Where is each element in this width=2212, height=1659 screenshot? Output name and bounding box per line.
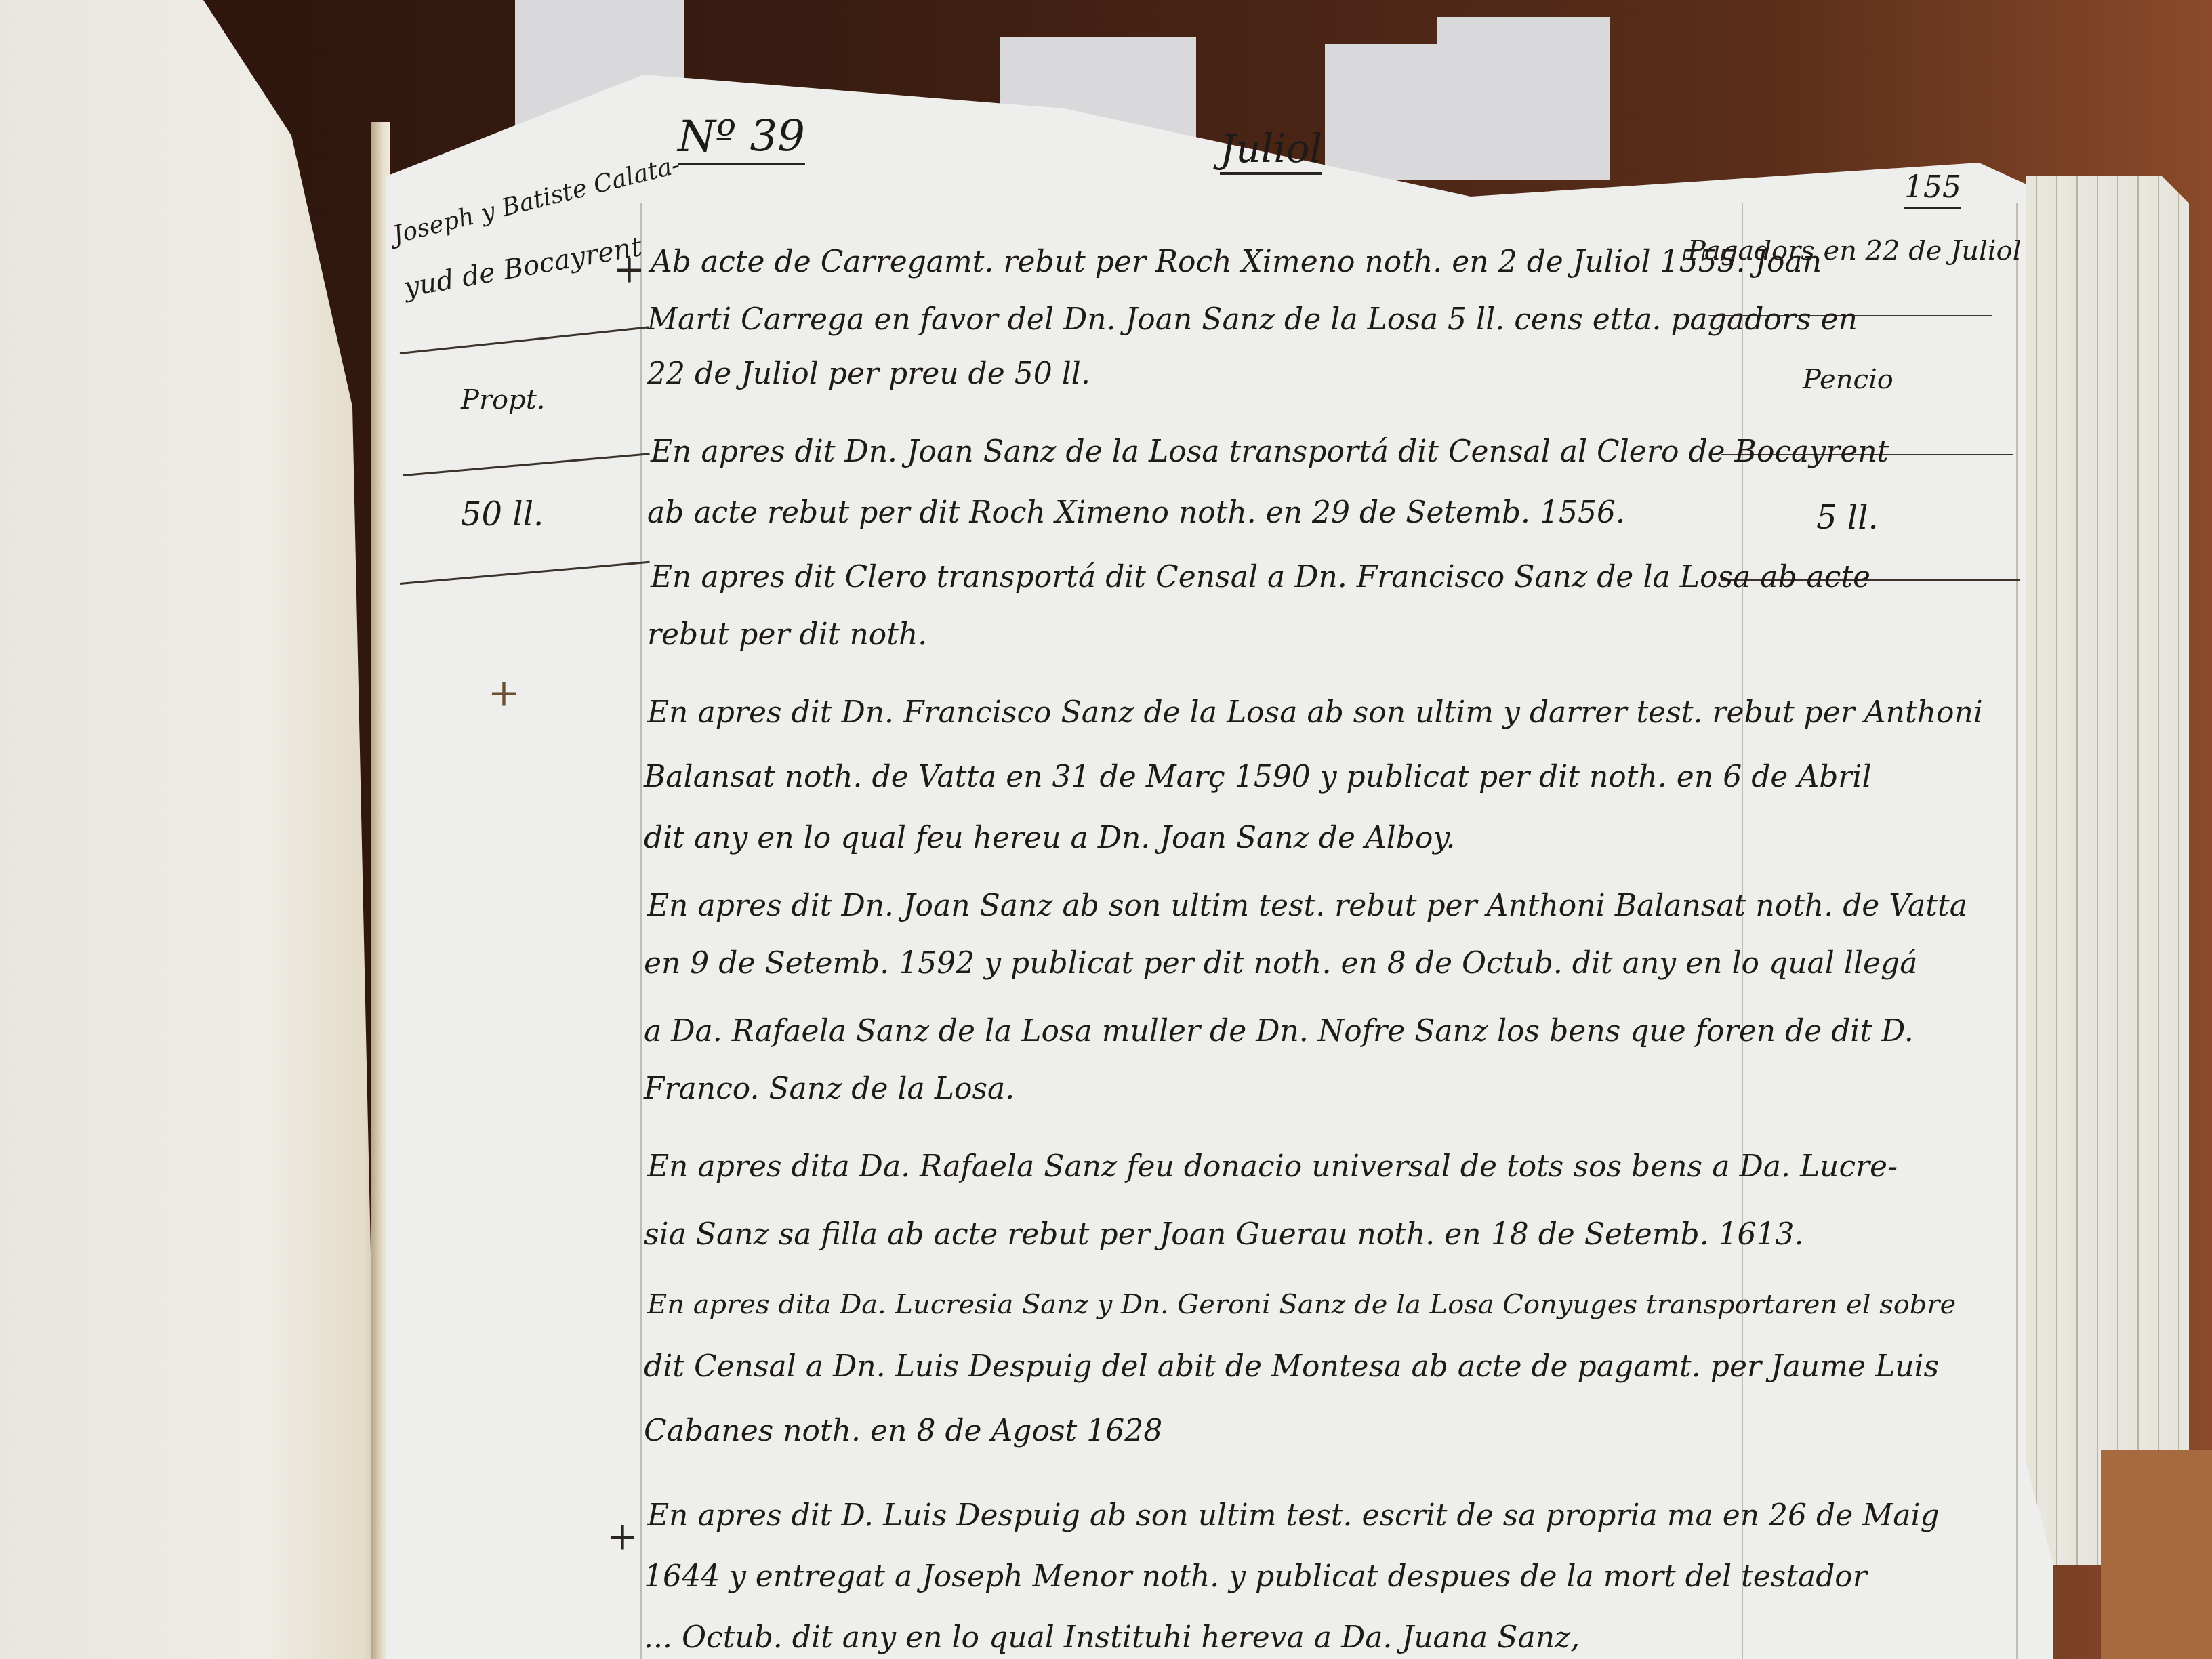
entry-1-line-1: Ab acte de Carregamt. rebut per Roch Xim…: [651, 247, 1822, 277]
entry-5-line-4: Franco. Sanz de la Losa.: [644, 1074, 1015, 1104]
entry-5-line-1: En apres dit Dn. Joan Sanz ab son ultim …: [647, 891, 1967, 921]
entry-3-line-1: En apres dit Clero transportá dit Censal…: [651, 562, 1870, 592]
property-label: Propt.: [461, 386, 546, 413]
table-surface: [2101, 1450, 2212, 1659]
pension-amount: 5 ll.: [1816, 501, 1879, 534]
entry-cross-icon: +: [607, 1515, 638, 1559]
entry-1-line-2: Marti Carrega en favor del Dn. Joan Sanz…: [647, 305, 1858, 335]
entry-5-line-3: a Da. Rafaela Sanz de la Losa muller de …: [644, 1017, 1914, 1046]
entry-4-line-1: En apres dit Dn. Francisco Sanz de la Lo…: [647, 698, 1983, 728]
bookmark-strip: [1325, 44, 1440, 180]
entry-2-line-2: ab acte rebut per dit Roch Ximeno noth. …: [647, 498, 1625, 528]
entry-2-line-1: En apres dit Dn. Joan Sanz de la Losa tr…: [651, 437, 1889, 467]
entry-8-line-2: 1644 y entregat a Joseph Menor noth. y p…: [644, 1562, 1867, 1592]
entry-3-line-2: rebut per dit noth.: [647, 620, 927, 650]
entry-7-line-3: Cabanes noth. en 8 de Agost 1628: [644, 1416, 1162, 1446]
page-edge-rule: [2016, 203, 2018, 1659]
entry-7-line-1: En apres dita Da. Lucresia Sanz y Dn. Ge…: [647, 1291, 1956, 1318]
entry-6-line-2: sia Sanz sa filla ab acte rebut per Joan…: [644, 1220, 1804, 1250]
amount-column-rule: [1742, 203, 1743, 1659]
entry-number: Nº 39: [678, 115, 805, 165]
entry-5-line-2: en 9 de Setemb. 1592 y publicat per dit …: [644, 949, 1917, 979]
entry-6-line-1: En apres dita Da. Rafaela Sanz feu donac…: [647, 1152, 1898, 1182]
month-heading: Juliol: [1220, 129, 1322, 175]
cross-mark-icon: +: [488, 671, 520, 715]
entry-1-line-3: 22 de Juliol per preu de 50 ll.: [647, 359, 1090, 389]
property-amount: 50 ll.: [461, 498, 544, 531]
text-column-rule: [640, 203, 642, 1659]
bookmark-strip: [1437, 17, 1610, 180]
folio-number: 155: [1904, 173, 1961, 209]
entry-4-line-2: Balansat noth. de Vatta en 31 de Març 15…: [644, 762, 1872, 792]
entry-cross-icon: +: [613, 247, 645, 291]
entry-8-line-1: En apres dit D. Luis Despuig ab son ulti…: [647, 1501, 1940, 1531]
entry-8-line-3: ... Octub. dit any en lo qual Instituhi …: [644, 1623, 1580, 1653]
entry-7-line-2: dit Censal a Dn. Luis Despuig del abit d…: [644, 1352, 1939, 1382]
page-stack-edge: [2026, 176, 2189, 1565]
pension-label: Pencio: [1803, 366, 1893, 393]
entry-4-line-3: dit any en lo qual feu hereu a Dn. Joan …: [644, 823, 1456, 853]
